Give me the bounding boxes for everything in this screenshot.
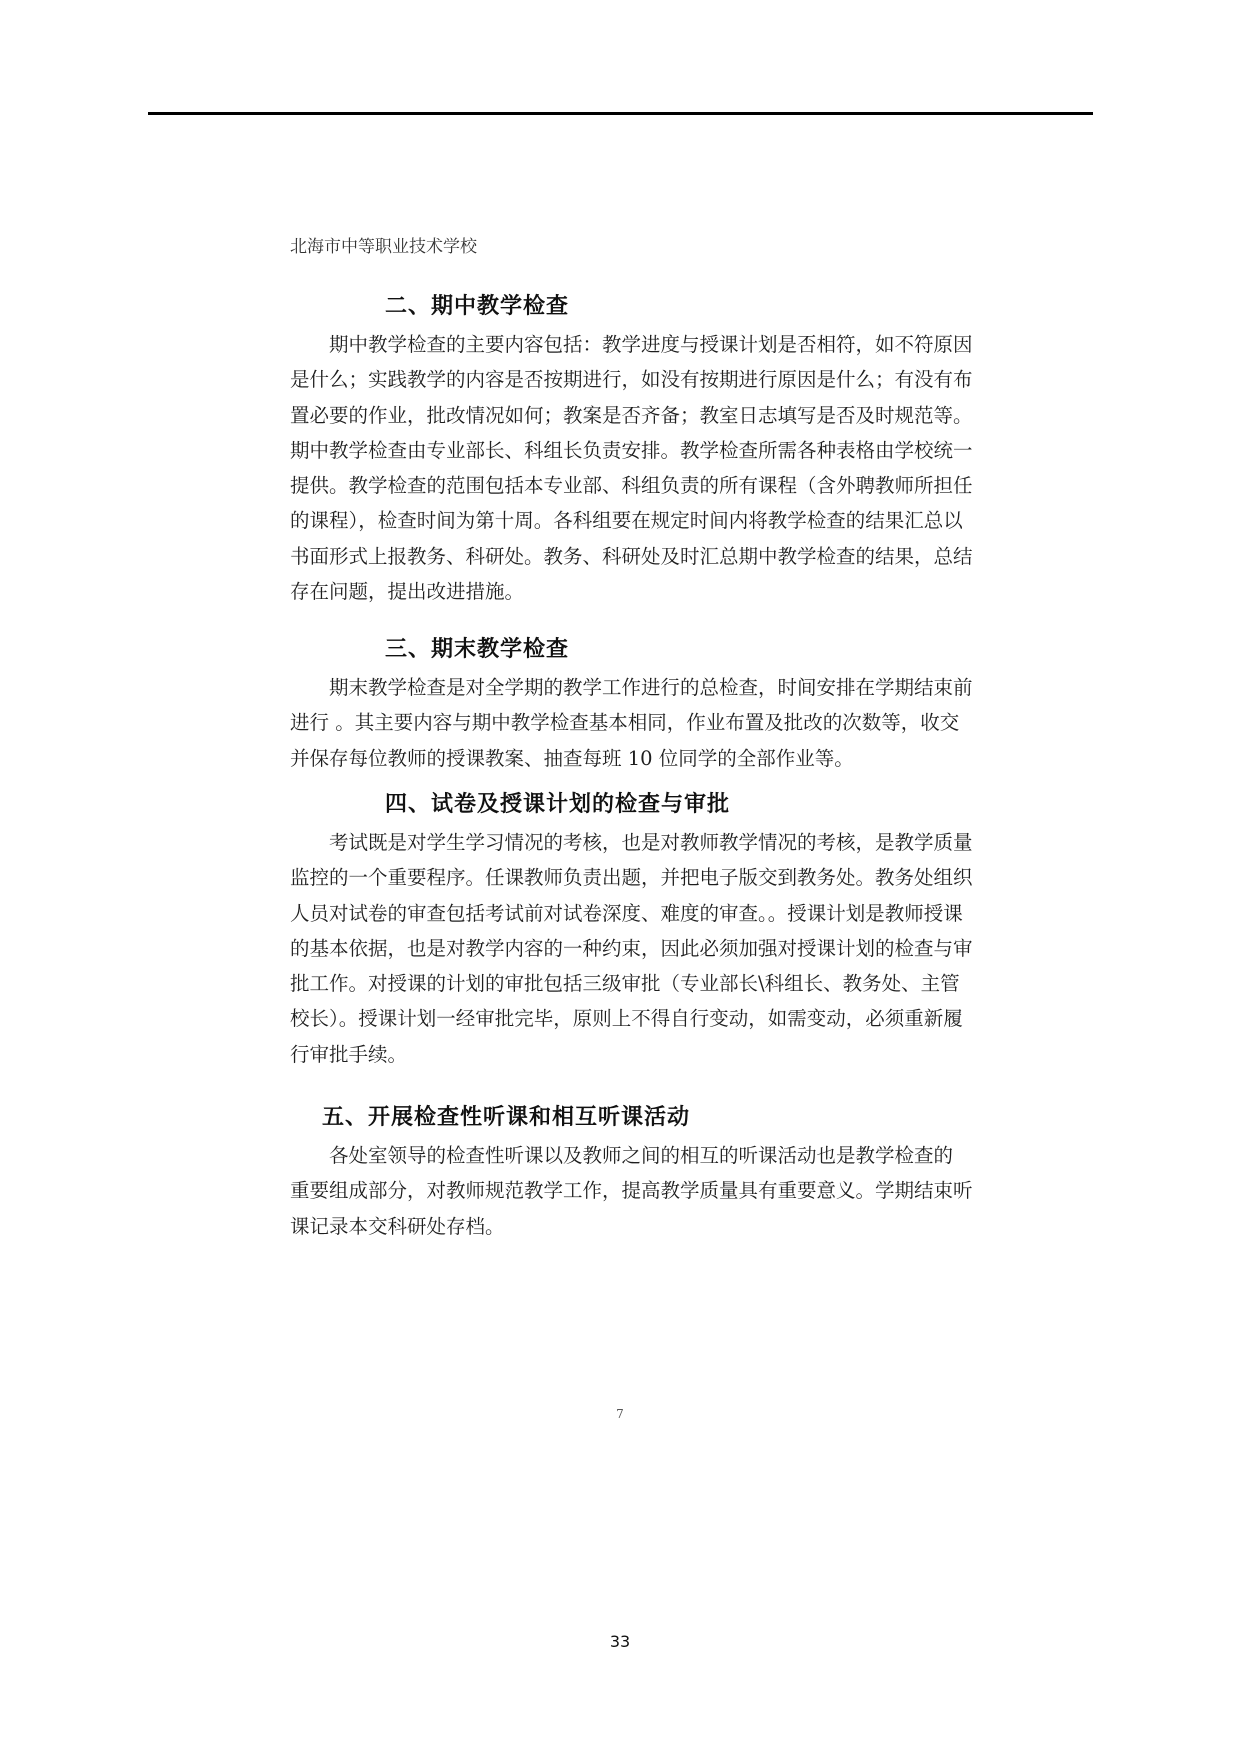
- text-line: 考试既是对学生学习情况的考核，也是对教师教学情况的考核，是教学质量: [290, 825, 950, 860]
- text-line: 批工作。对授课的计划的审批包括三级审批（专业部长\科组长、教务处、主管: [290, 966, 950, 1001]
- text-line: 并保存每位教师的授课教案、抽查每班 10 位同学的全部作业等。: [290, 741, 950, 776]
- text-line: 进行 。其主要内容与期中教学检查基本相同，作业布置及批改的次数等，收交: [290, 705, 950, 740]
- section-heading-lesson-observation: 五、开展检查性听课和相互听课活动: [322, 1100, 690, 1131]
- section-heading-final-check: 三、期末教学检查: [385, 632, 569, 663]
- text-line: 存在问题，提出改进措施。: [290, 574, 950, 609]
- inner-page-number: 7: [0, 1407, 1240, 1421]
- section-heading-midterm-check: 二、期中教学检查: [385, 289, 569, 320]
- school-name: 北海市中等职业技术学校: [290, 232, 477, 257]
- outer-page-number: 33: [0, 1632, 1240, 1651]
- section-body-lesson-observation: 各处室领导的检查性听课以及教师之间的相互的听课活动也是教学检查的 重要组成部分，…: [290, 1138, 950, 1244]
- text-line: 提供。教学检查的范围包括本专业部、科组负责的所有课程（含外聘教师所担任: [290, 468, 950, 503]
- text-line: 期末教学检查是对全学期的教学工作进行的总检查，时间安排在学期结束前: [290, 670, 950, 705]
- text-line: 校长）。授课计划一经审批完毕，原则上不得自行变动，如需变动，必须重新履: [290, 1001, 950, 1036]
- text-line: 的课程），检查时间为第十周。各科组要在规定时间内将教学检查的结果汇总以: [290, 503, 950, 538]
- text-line: 重要组成部分，对教师规范教学工作，提高教学质量具有重要意义。学期结束听: [290, 1173, 950, 1208]
- text-line: 置必要的作业，批改情况如何；教案是否齐备；教室日志填写是否及时规范等。: [290, 398, 950, 433]
- section-body-exam-plan-review: 考试既是对学生学习情况的考核，也是对教师教学情况的考核，是教学质量 监控的一个重…: [290, 825, 950, 1072]
- text-line: 的基本依据，也是对教学内容的一种约束，因此必须加强对授课计划的检查与审: [290, 931, 950, 966]
- text-line: 期中教学检查由专业部长、科组长负责安排。教学检查所需各种表格由学校统一: [290, 433, 950, 468]
- text-line: 书面形式上报教务、科研处。教务、科研处及时汇总期中教学检查的结果，总结: [290, 539, 950, 574]
- text-line: 期中教学检查的主要内容包括：教学进度与授课计划是否相符，如不符原因: [290, 327, 950, 362]
- text-line: 行审批手续。: [290, 1037, 950, 1072]
- text-line: 各处室领导的检查性听课以及教师之间的相互的听课活动也是教学检查的: [290, 1138, 950, 1173]
- text-line: 课记录本交科研处存档。: [290, 1209, 950, 1244]
- section-body-midterm-check: 期中教学检查的主要内容包括：教学进度与授课计划是否相符，如不符原因 是什么；实践…: [290, 327, 950, 609]
- text-line: 是什么；实践教学的内容是否按期进行，如没有按期进行原因是什么；有没有布: [290, 362, 950, 397]
- section-heading-exam-plan-review: 四、试卷及授课计划的检查与审批: [385, 787, 730, 818]
- text-line: 人员对试卷的审查包括考试前对试卷深度、难度的审查。。授课计划是教师授课: [290, 896, 950, 931]
- text-line: 监控的一个重要程序。任课教师负责出题，并把电子版交到教务处。教务处组织: [290, 860, 950, 895]
- section-body-final-check: 期末教学检查是对全学期的教学工作进行的总检查，时间安排在学期结束前 进行 。其主…: [290, 670, 950, 776]
- header-rule: [148, 112, 1093, 115]
